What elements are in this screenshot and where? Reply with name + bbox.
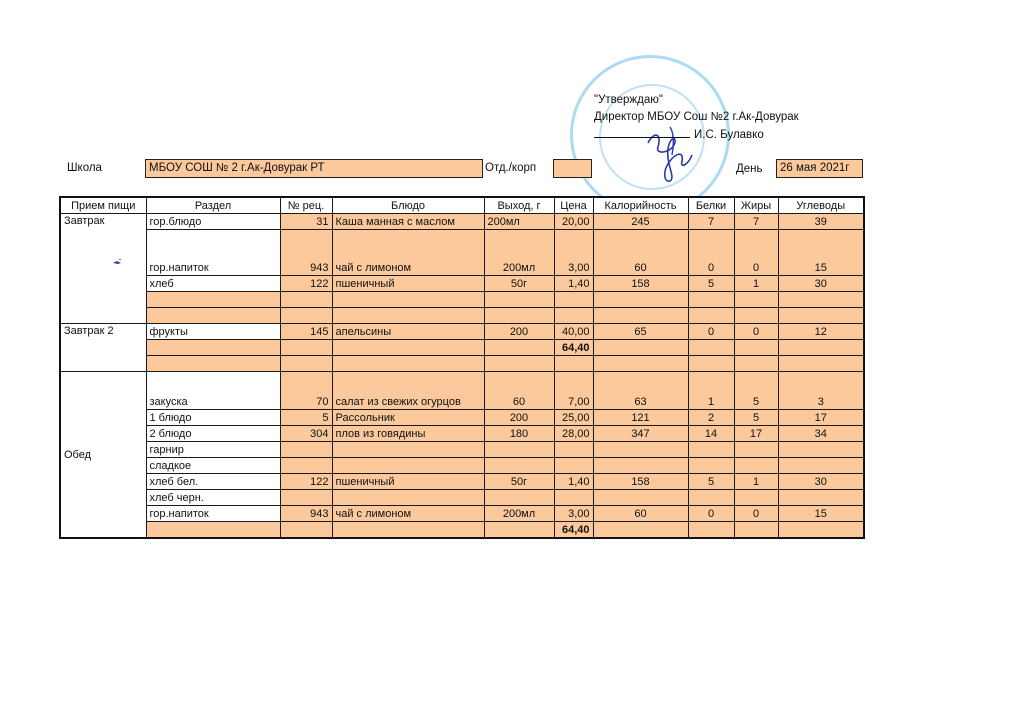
dish-cell[interactable]: плов из говядины [332,426,484,442]
kcal-cell[interactable] [593,458,688,474]
price-cell[interactable] [554,356,593,372]
col-yield: Выход, г [484,197,554,214]
fat-cell[interactable]: 5 [734,372,778,410]
approval-block: "Утверждаю" Директор МБОУ Сош №2 г.Ак-До… [594,92,799,144]
price-cell[interactable]: 64,40 [554,340,593,356]
dish-cell[interactable]: салат из свежих огурцов [332,372,484,410]
price-cell[interactable]: 28,00 [554,426,593,442]
fat-cell[interactable]: 17 [734,426,778,442]
section-cell[interactable]: сладкое [146,458,280,474]
yield-cell[interactable]: 200мл [484,214,554,230]
protein-cell[interactable] [688,490,734,506]
meal-cell: Завтрак 2 [60,324,146,372]
dish-cell[interactable] [332,340,484,356]
carbs-cell[interactable]: 12 [778,324,864,340]
protein-cell[interactable] [688,442,734,458]
col-dish: Блюдо [332,197,484,214]
price-cell[interactable]: 40,00 [554,324,593,340]
fat-cell[interactable]: 0 [734,506,778,522]
fat-cell[interactable]: 7 [734,214,778,230]
dish-cell[interactable] [332,442,484,458]
yield-cell[interactable]: 200 [484,410,554,426]
ink-mark [112,258,122,266]
protein-cell[interactable]: 7 [688,214,734,230]
col-recipe: № рец. [280,197,332,214]
recipe-cell[interactable] [280,356,332,372]
recipe-cell[interactable] [280,442,332,458]
protein-cell[interactable] [688,340,734,356]
kcal-cell[interactable]: 158 [593,474,688,490]
dept-field[interactable] [553,159,592,178]
fat-cell[interactable]: 1 [734,474,778,490]
dish-cell[interactable]: пшеничный [332,276,484,292]
recipe-cell[interactable]: 31 [280,214,332,230]
carbs-cell[interactable]: 34 [778,426,864,442]
yield-cell[interactable]: 200 [484,324,554,340]
section-cell[interactable]: гор.напиток [146,230,280,276]
fat-cell[interactable] [734,490,778,506]
recipe-cell[interactable] [280,522,332,539]
yield-cell[interactable]: 200мл [484,230,554,276]
protein-cell[interactable]: 5 [688,474,734,490]
col-kcal: Калорийность [593,197,688,214]
carbs-cell[interactable] [778,340,864,356]
protein-cell[interactable]: 0 [688,324,734,340]
carbs-cell[interactable]: 30 [778,474,864,490]
kcal-cell[interactable] [593,522,688,539]
fat-cell[interactable]: 0 [734,230,778,276]
section-cell[interactable]: закуска [146,372,280,410]
carbs-cell[interactable] [778,490,864,506]
fat-cell[interactable] [734,308,778,324]
fat-cell[interactable]: 0 [734,324,778,340]
recipe-cell[interactable] [280,490,332,506]
school-label: Школа [67,162,102,174]
protein-cell[interactable]: 0 [688,506,734,522]
day-label: День [736,163,763,175]
dish-cell[interactable] [332,522,484,539]
protein-cell[interactable]: 0 [688,230,734,276]
table-row [60,356,864,372]
kcal-cell[interactable]: 63 [593,372,688,410]
carbs-cell[interactable]: 3 [778,372,864,410]
approval-title: "Утверждаю" [594,92,799,109]
carbs-cell[interactable]: 17 [778,410,864,426]
section-cell[interactable] [146,340,280,356]
price-cell[interactable] [554,458,593,474]
dish-cell[interactable] [332,356,484,372]
price-cell[interactable]: 64,40 [554,522,593,539]
table-row: 1 блюдо5Рассольник20025,001212517 [60,410,864,426]
kcal-cell[interactable] [593,356,688,372]
recipe-cell[interactable]: 70 [280,372,332,410]
yield-cell[interactable]: 50г [484,276,554,292]
carbs-cell[interactable] [778,292,864,308]
carbs-cell[interactable] [778,522,864,539]
meal-cell: Обед [60,372,146,539]
table-row [60,308,864,324]
section-cell[interactable]: фрукты [146,324,280,340]
yield-cell[interactable] [484,522,554,539]
yield-cell[interactable]: 180 [484,426,554,442]
yield-cell[interactable]: 200мл [484,506,554,522]
col-fat: Жиры [734,197,778,214]
protein-cell[interactable] [688,292,734,308]
recipe-cell[interactable]: 122 [280,474,332,490]
kcal-cell[interactable] [593,442,688,458]
recipe-cell[interactable] [280,458,332,474]
kcal-cell[interactable]: 347 [593,426,688,442]
section-cell[interactable]: гарнир [146,442,280,458]
approval-signatory: И.С. Булавко [594,126,799,144]
section-cell[interactable]: хлеб бел. [146,474,280,490]
meal-cell: Завтрак [60,214,146,324]
carbs-cell[interactable]: 15 [778,506,864,522]
protein-cell[interactable] [688,356,734,372]
protein-cell[interactable]: 5 [688,276,734,292]
fat-cell[interactable] [734,442,778,458]
kcal-cell[interactable]: 60 [593,506,688,522]
dept-label: Отд./корп [485,162,536,174]
recipe-cell[interactable]: 5 [280,410,332,426]
price-cell[interactable]: 1,40 [554,276,593,292]
recipe-cell[interactable] [280,292,332,308]
col-price: Цена [554,197,593,214]
kcal-cell[interactable]: 158 [593,276,688,292]
price-cell[interactable]: 25,00 [554,410,593,426]
recipe-cell[interactable]: 304 [280,426,332,442]
col-protein: Белки [688,197,734,214]
yield-cell[interactable] [484,308,554,324]
table-row [60,292,864,308]
kcal-cell[interactable]: 121 [593,410,688,426]
table-row: хлеб бел.122пшеничный50г1,401585130 [60,474,864,490]
price-cell[interactable] [554,442,593,458]
protein-cell[interactable] [688,522,734,539]
section-cell[interactable] [146,308,280,324]
kcal-cell[interactable]: 65 [593,324,688,340]
approval-position: Директор МБОУ Сош №2 г.Ак-Довурак [594,109,799,126]
table-header-row: Прием пищи Раздел № рец. Блюдо Выход, г … [60,197,864,214]
dish-cell[interactable] [332,292,484,308]
section-cell[interactable] [146,522,280,539]
section-cell[interactable] [146,356,280,372]
section-cell[interactable]: хлеб черн. [146,490,280,506]
price-cell[interactable] [554,292,593,308]
carbs-cell[interactable]: 30 [778,276,864,292]
recipe-cell[interactable]: 145 [280,324,332,340]
table-row: сладкое [60,458,864,474]
carbs-cell[interactable] [778,356,864,372]
kcal-cell[interactable] [593,308,688,324]
col-section: Раздел [146,197,280,214]
yield-cell[interactable] [484,458,554,474]
recipe-cell[interactable]: 943 [280,230,332,276]
section-cell[interactable]: гор.напиток [146,506,280,522]
kcal-cell[interactable] [593,490,688,506]
kcal-cell[interactable] [593,292,688,308]
fat-cell[interactable] [734,356,778,372]
recipe-cell[interactable]: 943 [280,506,332,522]
table-row: хлеб черн. [60,490,864,506]
protein-cell[interactable] [688,308,734,324]
col-carbs: Углеводы [778,197,864,214]
yield-cell[interactable] [484,292,554,308]
price-cell[interactable]: 7,00 [554,372,593,410]
kcal-cell[interactable]: 245 [593,214,688,230]
dish-cell[interactable]: чай с лимоном [332,230,484,276]
yield-cell[interactable]: 60 [484,372,554,410]
fat-cell[interactable] [734,292,778,308]
price-cell[interactable]: 1,40 [554,474,593,490]
recipe-cell[interactable]: 122 [280,276,332,292]
yield-cell[interactable] [484,490,554,506]
dish-cell[interactable]: Каша манная с маслом [332,214,484,230]
price-cell[interactable]: 3,00 [554,230,593,276]
table-row: хлеб122пшеничный50г1,401585130 [60,276,864,292]
yield-cell[interactable] [484,442,554,458]
dish-cell[interactable]: апельсины [332,324,484,340]
fat-cell[interactable] [734,458,778,474]
dish-cell[interactable]: пшеничный [332,474,484,490]
school-field[interactable]: МБОУ СОШ № 2 г.Ак-Довурак РТ [145,159,483,178]
dish-cell[interactable]: Рассольник [332,410,484,426]
signature-line [594,126,690,138]
dish-cell[interactable] [332,308,484,324]
price-cell[interactable]: 3,00 [554,506,593,522]
section-cell[interactable] [146,292,280,308]
table-row: гор.напиток943чай с лимоном200мл3,006000… [60,230,864,276]
table-row: 2 блюдо304плов из говядины18028,00347141… [60,426,864,442]
section-cell[interactable]: 1 блюдо [146,410,280,426]
table-row: Обедзакуска70салат из свежих огурцов607,… [60,372,864,410]
col-meal: Прием пищи [60,197,146,214]
table-row: гарнир [60,442,864,458]
table-row: Завтрак 2фрукты145апельсины20040,0065001… [60,324,864,340]
yield-cell[interactable]: 50г [484,474,554,490]
table-row: 64,40 [60,522,864,539]
kcal-cell[interactable] [593,340,688,356]
table-row: 64,40 [60,340,864,356]
section-cell[interactable]: хлеб [146,276,280,292]
carbs-cell[interactable]: 39 [778,214,864,230]
yield-cell[interactable] [484,356,554,372]
signatory-name: И.С. Булавко [694,129,764,141]
carbs-cell[interactable]: 15 [778,230,864,276]
fat-cell[interactable]: 5 [734,410,778,426]
menu-table: Прием пищи Раздел № рец. Блюдо Выход, г … [59,196,865,539]
fat-cell[interactable] [734,522,778,539]
carbs-cell[interactable] [778,308,864,324]
price-cell[interactable] [554,490,593,506]
fat-cell[interactable]: 1 [734,276,778,292]
protein-cell[interactable] [688,458,734,474]
table-row: гор.напиток943чай с лимоном200мл3,006000… [60,506,864,522]
recipe-cell[interactable] [280,308,332,324]
table-row: Завтракгор.блюдо31Каша манная с маслом20… [60,214,864,230]
section-cell[interactable]: гор.блюдо [146,214,280,230]
section-cell[interactable]: 2 блюдо [146,426,280,442]
carbs-cell[interactable] [778,442,864,458]
carbs-cell[interactable] [778,458,864,474]
yield-cell[interactable] [484,340,554,356]
protein-cell[interactable]: 1 [688,372,734,410]
price-cell[interactable]: 20,00 [554,214,593,230]
dish-cell[interactable]: чай с лимоном [332,506,484,522]
recipe-cell[interactable] [280,340,332,356]
fat-cell[interactable] [734,340,778,356]
price-cell[interactable] [554,308,593,324]
protein-cell[interactable]: 2 [688,410,734,426]
day-field[interactable]: 26 мая 2021г [776,159,863,178]
dish-cell[interactable] [332,490,484,506]
dish-cell[interactable] [332,458,484,474]
protein-cell[interactable]: 14 [688,426,734,442]
kcal-cell[interactable]: 60 [593,230,688,276]
